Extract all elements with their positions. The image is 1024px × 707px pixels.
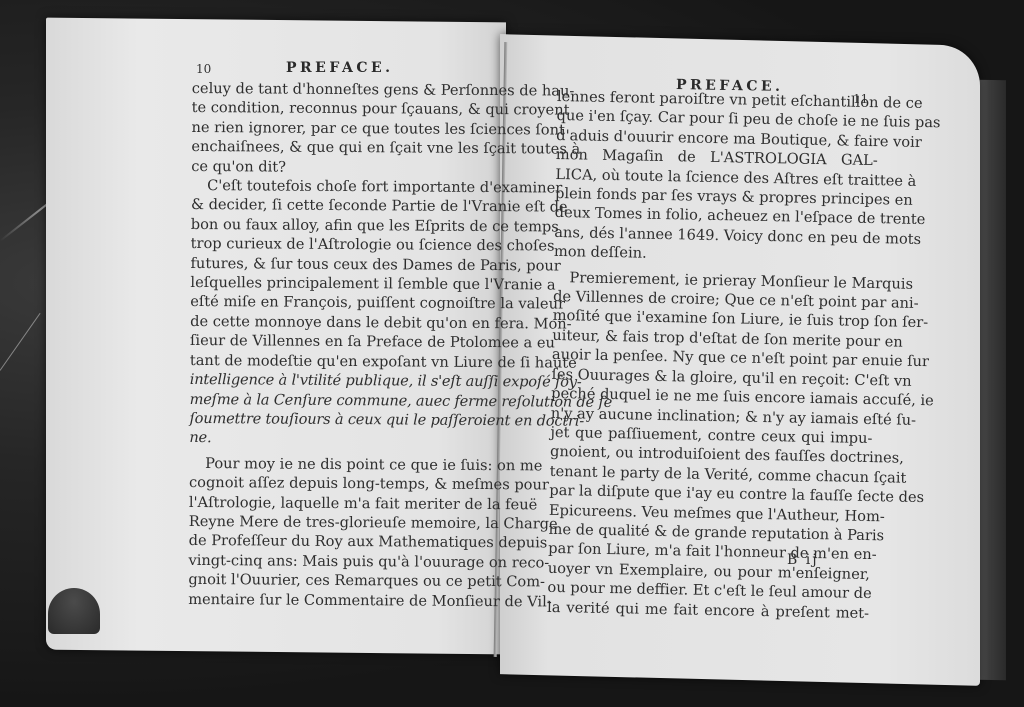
text-line: celuy de tant d'honneſtes gens & Perſonn…	[192, 79, 492, 101]
italic-quote-line: ne.	[189, 428, 489, 450]
text-line: de cette monnoye dans le debit qu'on en …	[190, 312, 490, 334]
text-line: ne rien ignorer, par ce que toutes les ſ…	[191, 118, 491, 140]
left-page-text: celuy de tant d'honneſtes gens & Perſonn…	[188, 79, 492, 611]
book-fore-edge	[978, 80, 1006, 681]
text-line: de Profeſſeur du Roy aux Mathematiques d…	[189, 531, 489, 553]
text-line: l'Aſtrologie, laquelle m'a fait meriter …	[189, 492, 489, 514]
text-line: ſieur de Villennes en ſa Preface de Ptol…	[190, 331, 490, 353]
italic-quote-line: meſme à la Cenſure commune, auec ferme r…	[190, 389, 490, 411]
text-line: mentaire ſur le Commentaire de Monſieur …	[188, 590, 488, 612]
thumb-holding-page	[48, 588, 100, 634]
text-line: bon ou faux alloy, afin que les Eſprits …	[191, 215, 491, 237]
running-head-left: PREFACE.	[286, 60, 394, 76]
signature-mark: B ij	[787, 552, 819, 568]
text-line: trop curieux de l'Aſtrologie ou ſcience …	[191, 234, 491, 256]
text-line: cognoit aſſez depuis long-temps, & meſme…	[189, 473, 489, 495]
text-line: futures, & ſur tous ceux des Dames de Pa…	[190, 254, 490, 276]
text-line: enchaiſnees, & que qui en ſçait vne les …	[191, 137, 491, 159]
paragraph-start: Pour moy ie ne dis point ce que ie ſuis:…	[189, 454, 489, 476]
text-line: te condition, reconnus pour ſçauans, & q…	[192, 98, 492, 120]
paragraph-start: C'eſt toutefois choſe fort importante d'…	[191, 176, 491, 198]
page-number-left: 10	[196, 62, 211, 76]
text-line: gnoit l'Ouurier, ces Remarques ou ce pet…	[188, 570, 488, 592]
text-line: eſté miſe en François, puiſſent cognoiſt…	[190, 292, 490, 314]
italic-quote-line: ſoumettre touſiours à ceux qui le paſſer…	[189, 409, 489, 431]
text-line: Reyne Mere de tres-glorieuſe memoire, la…	[189, 512, 489, 534]
text-line: ce qu'on dit?	[191, 157, 491, 179]
text-line: & decider, ſi cette ſeconde Partie de l'…	[191, 195, 491, 217]
text-line: leſquelles principalement il ſemble que …	[190, 273, 490, 295]
text-line: vingt-cinq ans: Mais puis qu'à l'ouurage…	[188, 551, 488, 573]
right-page-text: lennes feront paroiſtre vn petit eſchant…	[547, 87, 879, 623]
text-line: tant de modeſtie qu'en expoſant vn Liure…	[190, 351, 490, 373]
italic-quote-line: intelligence à l'vtilité publique, il s'…	[190, 370, 490, 392]
